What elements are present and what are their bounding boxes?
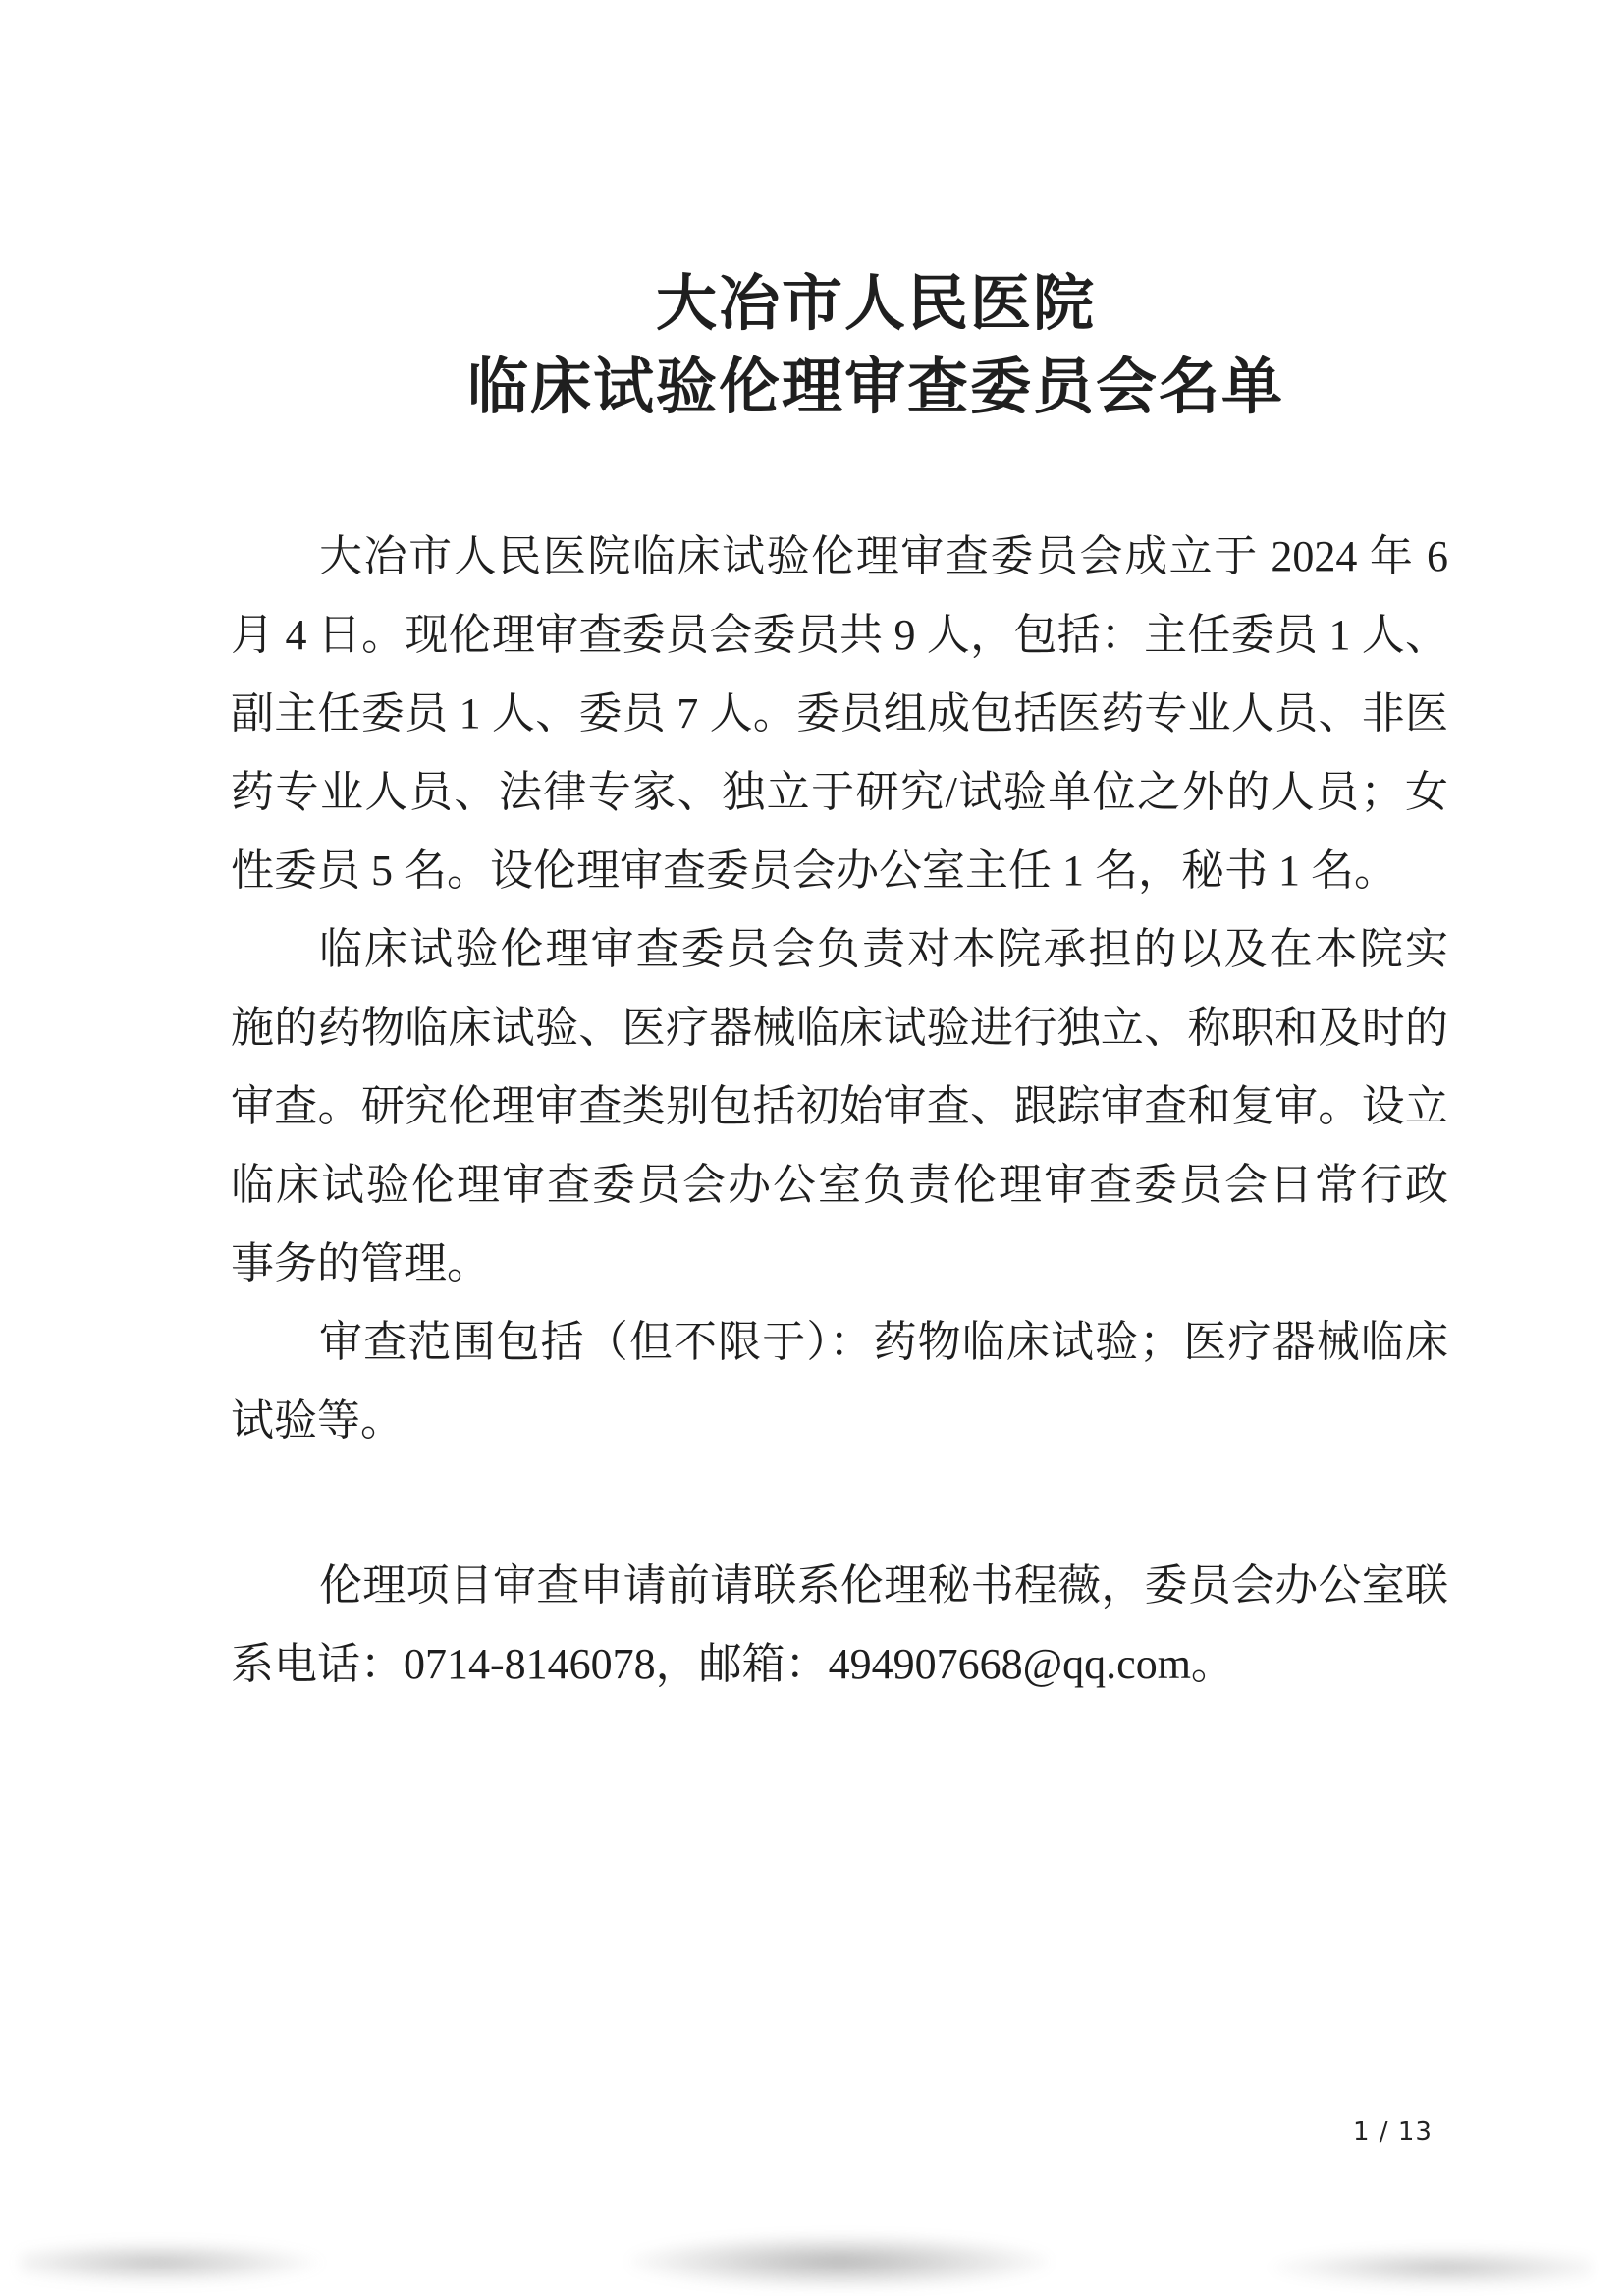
- text-line: 伦理项目审查申请前请联系伦理秘书程薇，委员会办公室联: [231, 1547, 1448, 1625]
- page-footer: 1 / 13: [1353, 2117, 1433, 2147]
- text-line: 审查范围包括（但不限于）：药物临床试验；医疗器械临床: [231, 1303, 1448, 1382]
- paragraph-committee-composition: 大冶市人民医院临床试验伦理审查委员会成立于 2024 年 6 月 4 日。现伦理…: [231, 518, 1448, 910]
- text-line: 性委员 5 名。设伦理审查委员会办公室主任 1 名，秘书 1 名。: [231, 832, 1448, 910]
- document-title-line-1: 大冶市人民医院: [285, 262, 1467, 346]
- paragraph-review-scope: 审查范围包括（但不限于）：药物临床试验；医疗器械临床 试验等。: [231, 1303, 1448, 1460]
- text-line: 施的药物临床试验、医疗器械临床试验进行独立、称职和及时的: [231, 989, 1448, 1067]
- scan-shadow-artifact-right: [1267, 2247, 1591, 2288]
- text-line: 审查。研究伦理审查类别包括初始审查、跟踪审查和复审。设立: [231, 1067, 1448, 1146]
- text-line: 试验等。: [231, 1382, 1448, 1460]
- document-title: 大冶市人民医院 临床试验伦理审查委员会名单: [285, 262, 1467, 429]
- text-line: 事务的管理。: [231, 1225, 1448, 1303]
- text-line: 临床试验伦理审查委员会办公室负责伦理审查委员会日常行政: [231, 1146, 1448, 1225]
- text-line: 系电话：0714-8146078，邮箱：494907668@qq.com。: [231, 1625, 1448, 1704]
- text-line: 药专业人员、法律专家、独立于研究/试验单位之外的人员；女: [231, 753, 1448, 832]
- text-line: 临床试验伦理审查委员会负责对本院承担的以及在本院实: [231, 910, 1448, 989]
- document-body: 大冶市人民医院临床试验伦理审查委员会成立于 2024 年 6 月 4 日。现伦理…: [231, 518, 1448, 1704]
- paragraph-committee-duties: 临床试验伦理审查委员会负责对本院承担的以及在本院实 施的药物临床试验、医疗器械临…: [231, 910, 1448, 1303]
- page-number-indicator: 1 / 13: [1353, 2117, 1433, 2147]
- text-line: 月 4 日。现伦理审查委员会委员共 9 人，包括：主任委员 1 人、: [231, 596, 1448, 675]
- document-title-line-2: 临床试验伦理审查委员会名单: [285, 346, 1467, 429]
- scan-shadow-artifact-center: [628, 2235, 1051, 2288]
- paragraph-contact-info: 伦理项目审查申请前请联系伦理秘书程薇，委员会办公室联 系电话：0714-8146…: [231, 1547, 1448, 1704]
- text-line: 副主任委员 1 人、委员 7 人。委员组成包括医药专业人员、非医: [231, 675, 1448, 753]
- scanned-document-page: 大冶市人民医院 临床试验伦理审查委员会名单 大冶市人民医院临床试验伦理审查委员会…: [0, 0, 1624, 2296]
- text-line: 大冶市人民医院临床试验伦理审查委员会成立于 2024 年 6: [231, 518, 1448, 596]
- scan-shadow-artifact-left: [20, 2241, 324, 2284]
